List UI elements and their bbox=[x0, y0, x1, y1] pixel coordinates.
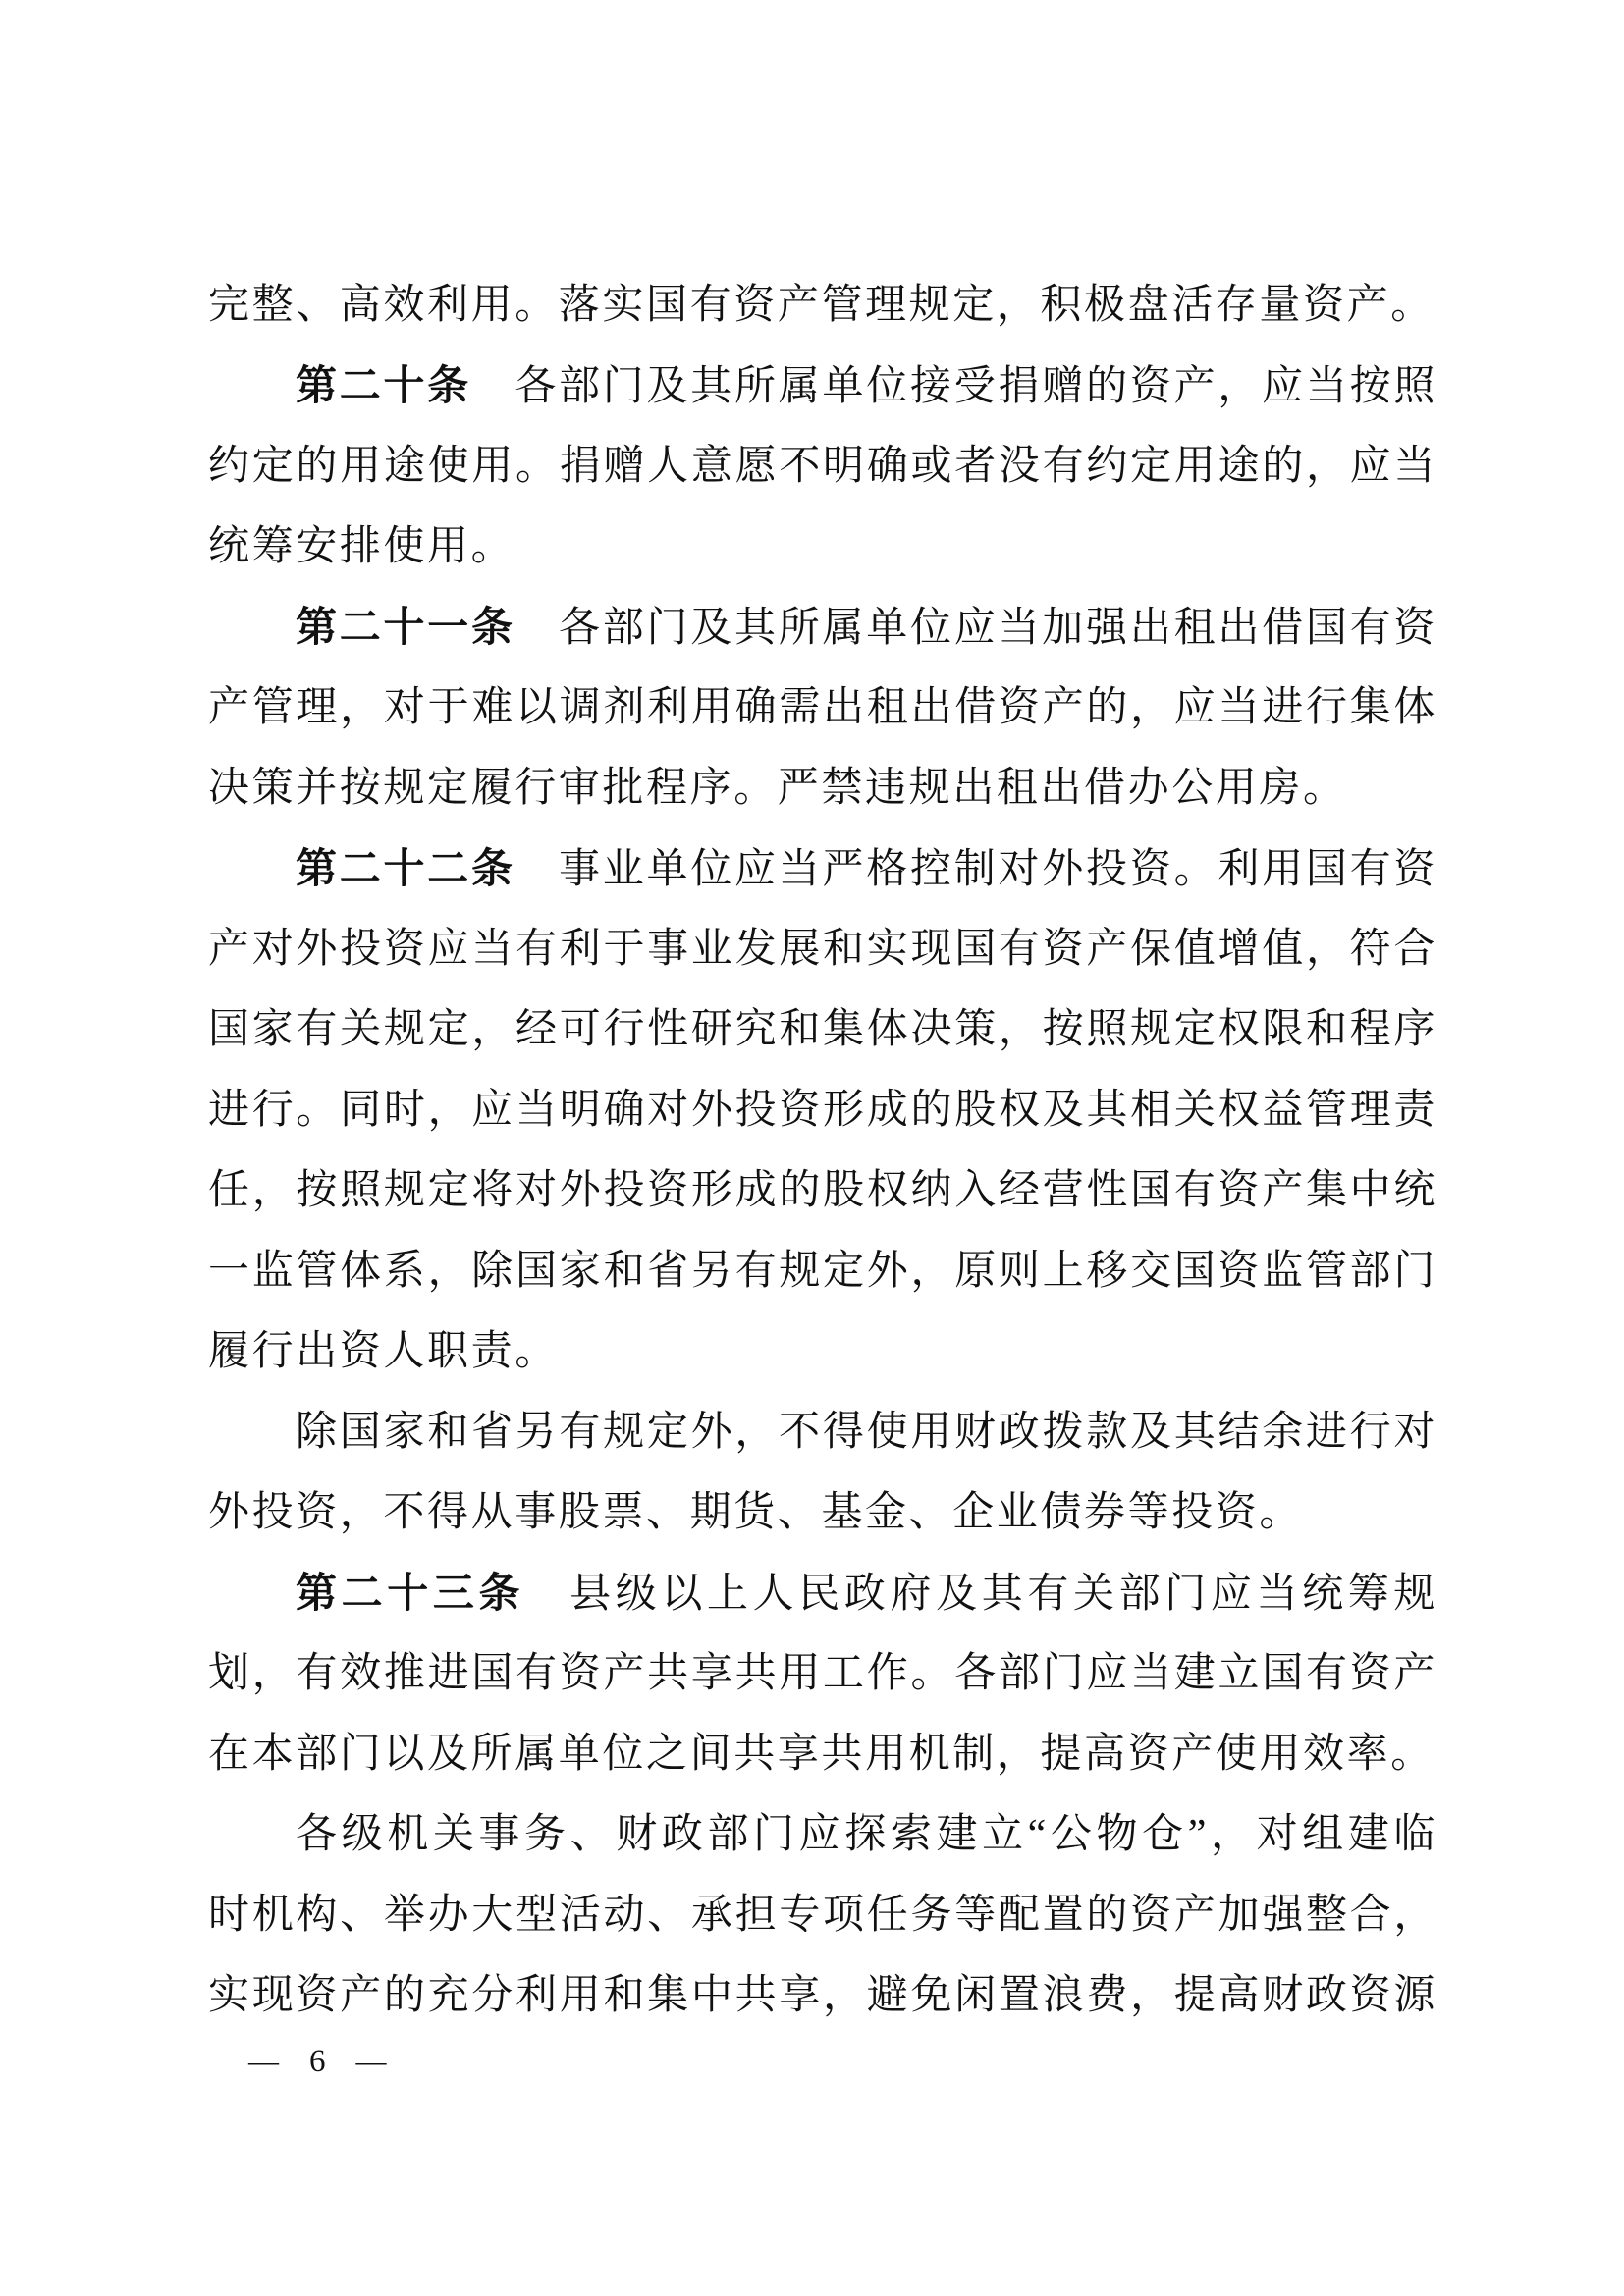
line-text: 各部门及其所属单位接受捐赠的资产，应当按照 bbox=[514, 364, 1437, 409]
line-text: 统筹安排使用。 bbox=[208, 524, 514, 569]
page-number: 6 bbox=[309, 2042, 326, 2081]
text-line: 第二十三条县级以上人民政府及其有关部门应当统筹规 bbox=[208, 1553, 1437, 1633]
document-page: 完整、高效利用。落实国有资产管理规定，积极盘活存量资产。第二十条各部门及其所属单… bbox=[0, 0, 1624, 2296]
text-line: 国家有关规定，经可行性研究和集体决策，按照规定权限和程序 bbox=[208, 989, 1437, 1070]
article-number: 第二十二条 bbox=[296, 845, 515, 891]
line-text: 履行出资人职责。 bbox=[208, 1329, 559, 1374]
article-number-gap bbox=[515, 640, 559, 641]
document-body: 完整、高效利用。落实国有资产管理规定，积极盘活存量资产。第二十条各部门及其所属单… bbox=[208, 265, 1437, 2036]
text-line: 除国家和省另有规定外，不得使用财政拨款及其结余进行对 bbox=[208, 1392, 1437, 1472]
line-text: 时机构、举办大型活动、承担专项任务等配置的资产加强整合， bbox=[208, 1893, 1437, 1938]
line-text: 除国家和省另有规定外，不得使用财政拨款及其结余进行对 bbox=[296, 1410, 1437, 1455]
footer-right-dash: — bbox=[356, 2042, 387, 2081]
text-line: 第二十条各部门及其所属单位接受捐赠的资产，应当按照 bbox=[208, 346, 1437, 426]
line-text: 任，按照规定将对外投资形成的股权纳入经营性国有资产集中统 bbox=[208, 1168, 1437, 1213]
line-text: 划，有效推进国有资产共享共用工作。各部门应当建立国有资产 bbox=[208, 1651, 1437, 1696]
text-line: 时机构、举办大型活动、承担专项任务等配置的资产加强整合， bbox=[208, 1875, 1437, 1955]
text-line: 进行。同时，应当明确对外投资形成的股权及其相关权益管理责 bbox=[208, 1070, 1437, 1150]
line-text: 各部门及其所属单位应当加强出租出借国有资 bbox=[559, 606, 1437, 651]
text-line: 划，有效推进国有资产共享共用工作。各部门应当建立国有资产 bbox=[208, 1633, 1437, 1714]
line-text: 产对外投资应当有利于事业发展和实现国有资产保值增值，符合 bbox=[208, 927, 1437, 972]
line-text: 县级以上人民政府及其有关部门应当统筹规 bbox=[568, 1572, 1437, 1617]
text-line: 各级机关事务、财政部门应探索建立“公物仓”，对组建临 bbox=[208, 1794, 1437, 1875]
text-line: 任，按照规定将对外投资形成的股权纳入经营性国有资产集中统 bbox=[208, 1150, 1437, 1231]
line-text: 产管理，对于难以调剂利用确需出租出借资产的，应当进行集体 bbox=[208, 685, 1437, 730]
text-line: 产对外投资应当有利于事业发展和实现国有资产保值增值，符合 bbox=[208, 909, 1437, 989]
text-line: 产管理，对于难以调剂利用确需出租出借资产的，应当进行集体 bbox=[208, 667, 1437, 748]
text-line: 决策并按规定履行审批程序。严禁违规出租出借办公用房。 bbox=[208, 748, 1437, 828]
line-text: 实现资产的充分利用和集中共享，避免闲置浪费，提高财政资源 bbox=[208, 1973, 1437, 2018]
text-line: 一监管体系，除国家和省另有规定外，原则上移交国资监管部门 bbox=[208, 1231, 1437, 1311]
page-footer: — 6 — bbox=[248, 2042, 387, 2081]
text-line: 履行出资人职责。 bbox=[208, 1311, 1437, 1392]
line-text: 完整、高效利用。落实国有资产管理规定，积极盘活存量资产。 bbox=[208, 283, 1435, 328]
footer-left-dash: — bbox=[248, 2042, 279, 2081]
line-text: 决策并按规定履行审批程序。严禁违规出租出借办公用房。 bbox=[208, 766, 1347, 811]
line-text: 事业单位应当严格控制对外投资。利用国有资 bbox=[559, 847, 1437, 892]
line-text: 在本部门以及所属单位之间共享共用机制，提高资产使用效率。 bbox=[208, 1732, 1435, 1777]
line-text: 约定的用途使用。捐赠人意愿不明确或者没有约定用途的，应当 bbox=[208, 444, 1437, 489]
line-text: 各级机关事务、财政部门应探索建立“公物仓”，对组建临 bbox=[296, 1812, 1437, 1857]
text-line: 统筹安排使用。 bbox=[208, 507, 1437, 587]
text-line: 第二十二条事业单位应当严格控制对外投资。利用国有资 bbox=[208, 828, 1437, 909]
text-line: 完整、高效利用。落实国有资产管理规定，积极盘活存量资产。 bbox=[208, 265, 1437, 346]
article-number-gap bbox=[471, 399, 514, 400]
article-number: 第二十三条 bbox=[296, 1570, 524, 1616]
line-text: 进行。同时，应当明确对外投资形成的股权及其相关权益管理责 bbox=[208, 1088, 1437, 1133]
article-number-gap bbox=[515, 881, 559, 882]
article-number: 第二十条 bbox=[296, 362, 471, 408]
text-line: 第二十一条各部门及其所属单位应当加强出租出借国有资 bbox=[208, 587, 1437, 667]
article-number-gap bbox=[524, 1606, 568, 1607]
line-text: 外投资，不得从事股票、期货、基金、企业债券等投资。 bbox=[208, 1490, 1303, 1535]
text-line: 约定的用途使用。捐赠人意愿不明确或者没有约定用途的，应当 bbox=[208, 426, 1437, 507]
line-text: 一监管体系，除国家和省另有规定外，原则上移交国资监管部门 bbox=[208, 1249, 1437, 1294]
line-text: 国家有关规定，经可行性研究和集体决策，按照规定权限和程序 bbox=[208, 1007, 1437, 1052]
text-line: 外投资，不得从事股票、期货、基金、企业债券等投资。 bbox=[208, 1472, 1437, 1553]
text-line: 在本部门以及所属单位之间共享共用机制，提高资产使用效率。 bbox=[208, 1714, 1437, 1794]
article-number: 第二十一条 bbox=[296, 604, 515, 650]
text-line: 实现资产的充分利用和集中共享，避免闲置浪费，提高财政资源 bbox=[208, 1955, 1437, 2036]
